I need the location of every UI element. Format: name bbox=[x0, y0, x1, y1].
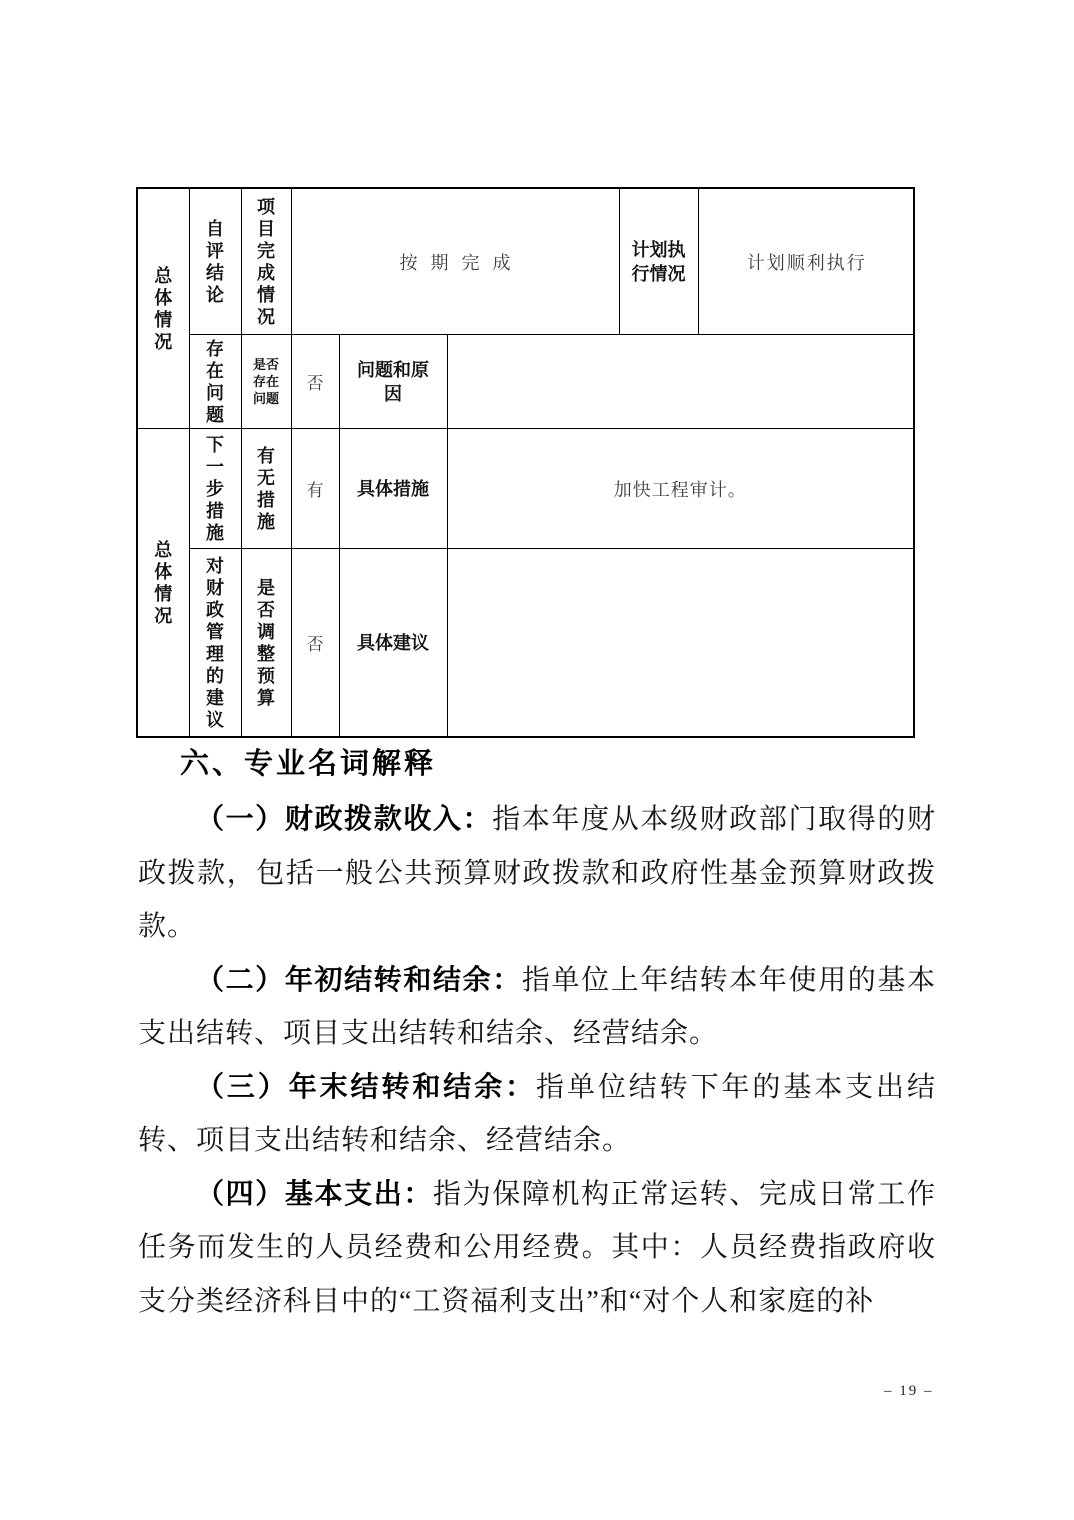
row-header-self-evaluation: 自评结论 bbox=[189, 188, 241, 335]
plan-execution-header: 计划执行情况 bbox=[619, 188, 698, 335]
term-lead: （二）年初结转和结余： bbox=[196, 965, 522, 996]
row-header-fiscal-suggestions: 对财政管理的建议 bbox=[189, 549, 241, 738]
problems-reason-value bbox=[447, 335, 914, 429]
term-lead: （三）年末结转和结余： bbox=[196, 1072, 536, 1103]
document-page: 总体情况 自评结论 项目完成情况 按期完成 计划执行情况 计划顺利执行 存在问题 bbox=[0, 0, 1074, 1520]
has-problems-answer: 否 bbox=[291, 335, 339, 429]
project-completion-value: 按期完成 bbox=[291, 188, 619, 335]
sub-header-has-problems: 是否存在问题 bbox=[241, 335, 291, 429]
problems-reason-label: 问题和原因 bbox=[339, 335, 447, 429]
term-lead: （一）财政拨款收入： bbox=[196, 804, 492, 835]
terms-section: 六、专业名词解释 （一）财政拨款收入：指本年度从本级财政部门取得的财政拨款，包括… bbox=[138, 747, 936, 1328]
has-measures-answer: 有 bbox=[291, 429, 339, 549]
category-cell-overall-1: 总体情况 bbox=[137, 188, 189, 429]
evaluation-table: 总体情况 自评结论 项目完成情况 按期完成 计划执行情况 计划顺利执行 存在问题 bbox=[136, 187, 915, 738]
sub-header-adjust-budget: 是否调整预算 bbox=[241, 549, 291, 738]
term-lead: （四）基本支出： bbox=[196, 1179, 433, 1210]
category-label: 总体情况 bbox=[152, 265, 174, 353]
term-paragraph-3: （三）年末结转和结余：指单位结转下年的基本支出结转、项目支出结转和结余、经营结余… bbox=[138, 1061, 936, 1168]
row-header-existing-problems: 存在问题 bbox=[189, 335, 241, 429]
page-number: – 19 – bbox=[884, 1383, 934, 1400]
term-paragraph-2: （二）年初结转和结余：指单位上年结转本年使用的基本支出结转、项目支出结转和结余、… bbox=[138, 954, 936, 1061]
section-heading: 六、专业名词解释 bbox=[180, 747, 936, 781]
category-cell-overall-2: 总体情况 bbox=[137, 429, 189, 738]
category-label: 总体情况 bbox=[152, 539, 174, 627]
specific-suggestions-value bbox=[447, 549, 914, 738]
term-paragraph-1: （一）财政拨款收入：指本年度从本级财政部门取得的财政拨款，包括一般公共预算财政拨… bbox=[138, 793, 936, 954]
adjust-budget-answer: 否 bbox=[291, 549, 339, 738]
term-paragraph-4: （四）基本支出：指为保障机构正常运转、完成日常工作任务而发生的人员经费和公用经费… bbox=[138, 1168, 936, 1329]
sub-header-has-measures: 有无措施 bbox=[241, 429, 291, 549]
specific-measures-value: 加快工程审计。 bbox=[447, 429, 914, 549]
specific-measures-label: 具体措施 bbox=[339, 429, 447, 549]
row-header-next-steps: 下一步措施 bbox=[189, 429, 241, 549]
specific-suggestions-label: 具体建议 bbox=[339, 549, 447, 738]
plan-execution-value: 计划顺利执行 bbox=[698, 188, 914, 335]
sub-header-project-completion: 项目完成情况 bbox=[241, 188, 291, 335]
